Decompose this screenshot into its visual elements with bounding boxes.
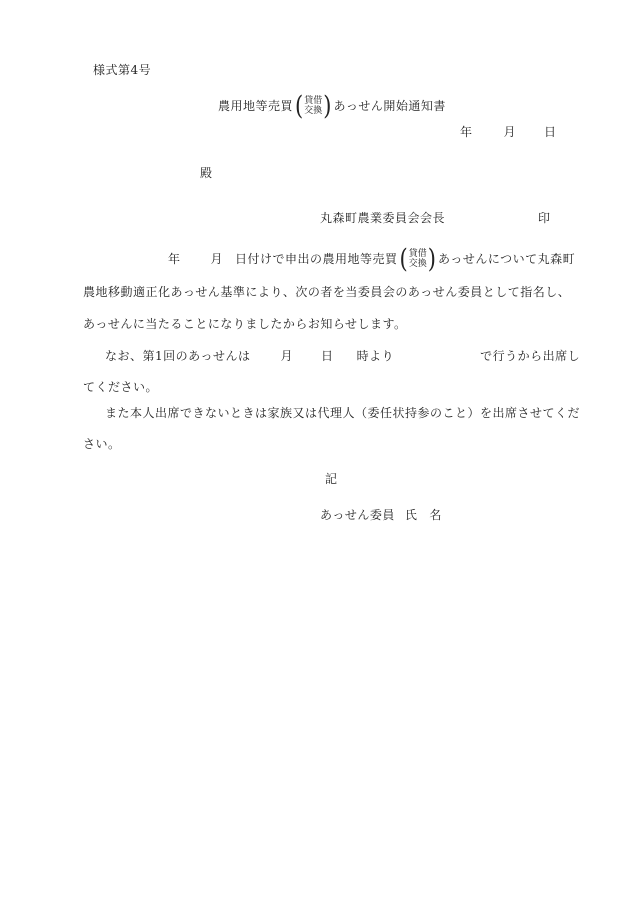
date-year-blank <box>473 132 504 133</box>
body-p3-line2: さい。 <box>83 437 121 451</box>
p1-day-blank <box>223 259 235 260</box>
close-paren: ) <box>323 93 331 119</box>
p1-year-label: 年 <box>168 252 181 266</box>
p2-day-label: 日 <box>321 349 334 363</box>
title-pre: 農用地等売買 <box>218 99 293 113</box>
p2-time-blank <box>334 356 357 357</box>
p1-paren-top: 貸借 <box>409 249 427 260</box>
seal-mark: 印 <box>538 211 551 225</box>
p3-line1-text: また本人出席できないときは家族又は代理人（委任状持参のこと）を出席させてくだ <box>105 406 580 420</box>
p1-paren-stack: 貸借 交換 <box>408 249 428 270</box>
committee-name-kanji-1: 氏 <box>405 508 418 522</box>
body-p1-line2: 農地移動適正化あっせん基準により、次の者を当委員会のあっせん委員として指名し、 <box>83 285 570 299</box>
addressee-line: 殿 <box>200 166 213 180</box>
committee-name-kanji-2: 名 <box>429 508 442 522</box>
document-title: 農用地等売買 ( 貸借 交換 ) あっせん開始通知書 <box>218 92 446 120</box>
p1-line3-text: あっせんに当たることになりましたからお知らせします。 <box>83 317 407 331</box>
committee-line: あっせん委員 氏 名 <box>320 508 442 522</box>
title-post: あっせん開始通知書 <box>333 99 445 113</box>
p1-line1-mid: 日付けで申出の農用地等売買 <box>235 252 398 266</box>
body-p2-line1: なお、第1回のあっせんは 月 日 時より で行うから出席し <box>105 349 580 363</box>
title-paren-stack: 貸借 交換 <box>303 96 323 117</box>
date-line: 年 月 日 <box>460 125 557 139</box>
record-marker-text: 記 <box>325 472 338 486</box>
p2-place-blank <box>394 356 480 357</box>
date-month-label: 月 <box>504 125 517 139</box>
form-number: 様式第4号 <box>93 63 151 77</box>
p1-paren-bottom: 交換 <box>409 259 427 270</box>
date-year-label: 年 <box>460 125 473 139</box>
p1-paren-group: ( 貸借 交換 ) <box>400 249 436 270</box>
addressee-honorific: 殿 <box>200 166 213 180</box>
p3-line2-text: さい。 <box>83 437 121 451</box>
p2-lead: なお、第1回のあっせんは <box>105 349 251 363</box>
document-page: 様式第4号 農用地等売買 ( 貸借 交換 ) あっせん開始通知書 年 月 日 殿… <box>0 0 630 915</box>
open-paren: ( <box>295 93 303 119</box>
body-p1-line1: 年 月 日付けで申出の農用地等売買 ( 貸借 交換 ) あっせんについて丸森町 <box>168 245 575 273</box>
sender-line: 丸森町農業委員会会長 印 <box>320 211 551 225</box>
p2-month-blank <box>251 356 281 357</box>
title-paren-top: 貸借 <box>304 96 322 107</box>
p2-line2-text: てください。 <box>83 380 158 394</box>
p1-month-label: 月 <box>211 252 224 266</box>
body-p2-line2: てください。 <box>83 380 158 394</box>
title-paren-bottom: 交換 <box>304 106 322 117</box>
record-marker: 記 <box>325 472 338 486</box>
open-paren: ( <box>400 246 408 272</box>
p2-tail: で行うから出席し <box>480 349 580 363</box>
committee-label: あっせん委員 <box>320 508 395 522</box>
p1-line2-text: 農地移動適正化あっせん基準により、次の者を当委員会のあっせん委員として指名し、 <box>83 285 570 299</box>
p2-month-label: 月 <box>281 349 294 363</box>
p1-year-blank <box>181 259 211 260</box>
sender-signature-blank <box>445 218 538 219</box>
sender-name: 丸森町農業委員会会長 <box>320 211 445 225</box>
p2-day-blank <box>293 356 321 357</box>
date-month-blank <box>516 132 544 133</box>
title-paren-group: ( 貸借 交換 ) <box>295 96 331 117</box>
close-paren: ) <box>428 246 436 272</box>
committee-label-gap <box>395 515 405 516</box>
form-number-text: 様式第4号 <box>93 63 151 77</box>
committee-name-gap <box>417 515 429 516</box>
p1-line1-tail: あっせんについて丸森町 <box>438 252 575 266</box>
date-day-label: 日 <box>544 125 557 139</box>
p2-time-label: 時より <box>357 349 395 363</box>
body-p1-line3: あっせんに当たることになりましたからお知らせします。 <box>83 317 407 331</box>
body-p3-line1: また本人出席できないときは家族又は代理人（委任状持参のこと）を出席させてくだ <box>105 406 580 420</box>
